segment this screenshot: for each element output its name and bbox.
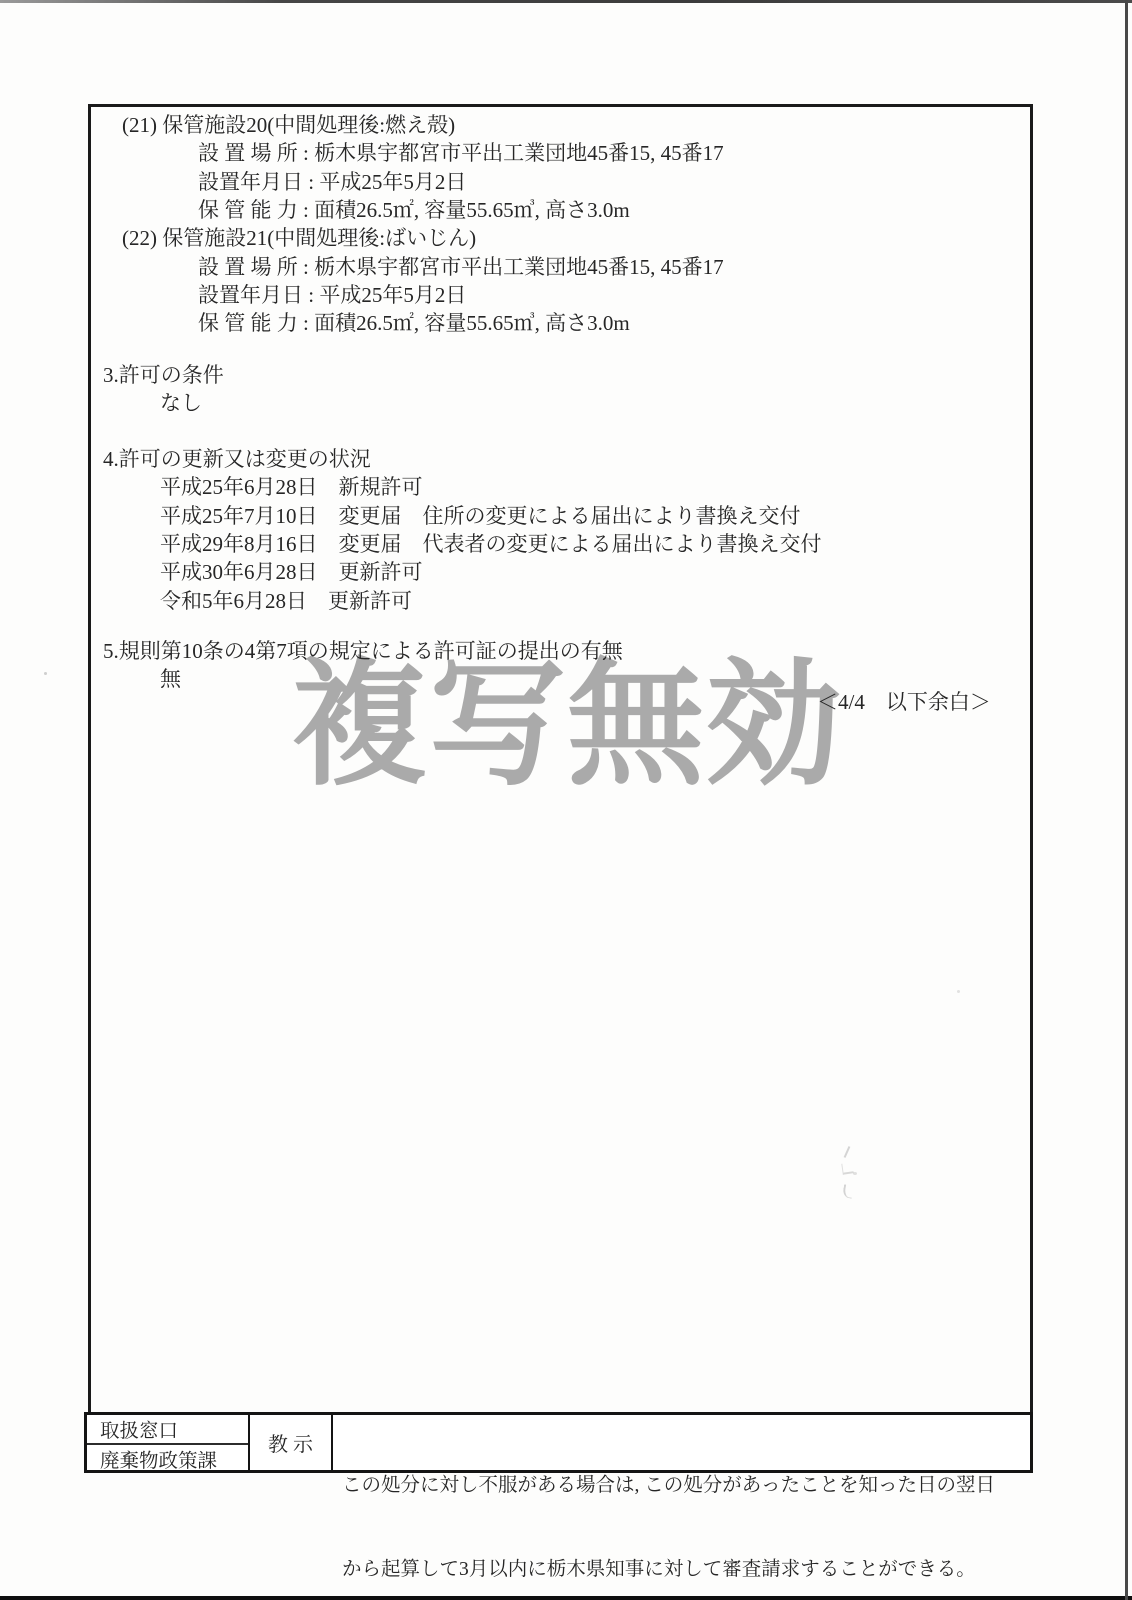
facility-22-location: 設 置 場 所 : 栃木県宇都宮市平出工業団地45番15, 45番17	[198, 253, 724, 281]
section-3-value: なし	[160, 389, 224, 417]
scan-pencil-mark	[853, 1172, 857, 1175]
page-number-note: ＜4/4 以下余白＞	[817, 686, 991, 716]
history-entry-1: 平成25年6月28日 新規許可	[160, 473, 822, 501]
footer-instruction-label: 教 示	[250, 1415, 333, 1470]
footer-instruction-text: この処分に対し不服がある場合は, この処分があったことを知った日の翌日 から起算…	[333, 1415, 1030, 1470]
facility-22-capacity: 保 管 能 力 : 面積26.5㎡, 容量55.65㎥, 高さ3.0m	[198, 309, 724, 337]
footer-instruction-line-1: この処分に対し不服がある場合は, この処分があったことを知った日の翌日	[342, 1472, 1030, 1500]
scan-speck	[44, 672, 47, 675]
facility-22-heading: (22) 保管施設21(中間処理後:ばいじん)	[122, 224, 724, 252]
history-entry-4: 平成30年6月28日 更新許可	[160, 558, 822, 586]
section-5-heading: 5.規則第10条の4第7項の規定による許可証の提出の有無	[103, 637, 623, 665]
history-entry-5: 令和5年6月28日 更新許可	[160, 587, 822, 615]
section-4-renewal-history: 4.許可の更新又は変更の状況 平成25年6月28日 新規許可 平成25年7月10…	[103, 445, 822, 615]
section-3-permit-conditions: 3.許可の条件 なし	[103, 361, 224, 418]
scan-edge-right	[1125, 0, 1128, 1600]
footer-department: 廃棄物政策課	[87, 1445, 248, 1473]
section-5-value: 無	[160, 665, 623, 693]
footer-office-column: 取扱窓口 廃棄物政策課	[87, 1415, 250, 1470]
section-3-heading: 3.許可の条件	[103, 361, 224, 389]
scan-speck	[957, 990, 960, 993]
footer-instruction-line-2: から起算して3月以内に栃木県知事に対して審査請求することができる。	[342, 1556, 1030, 1584]
footer-window-label: 取扱窓口	[87, 1415, 248, 1445]
history-entry-2: 平成25年7月10日 変更届 住所の変更による届出により書換え交付	[160, 502, 822, 530]
facility-list-block: (21) 保管施設20(中間処理後:燃え殻) 設 置 場 所 : 栃木県宇都宮市…	[122, 111, 724, 338]
facility-21-capacity: 保 管 能 力 : 面積26.5㎡, 容量55.65㎥, 高さ3.0m	[198, 196, 724, 224]
section-5-permit-submission: 5.規則第10条の4第7項の規定による許可証の提出の有無 無	[103, 637, 623, 694]
section-4-heading: 4.許可の更新又は変更の状況	[103, 445, 822, 473]
history-entry-3: 平成29年8月16日 変更届 代表者の変更による届出により書換え交付	[160, 530, 822, 558]
scan-edge-top	[0, 0, 1132, 3]
facility-21-heading: (21) 保管施設20(中間処理後:燃え殻)	[122, 111, 724, 139]
scan-pencil-mark	[841, 1162, 853, 1174]
facility-22-date: 設置年月日 : 平成25年5月2日	[198, 281, 724, 309]
facility-21-date: 設置年月日 : 平成25年5月2日	[198, 168, 724, 196]
facility-21-location: 設 置 場 所 : 栃木県宇都宮市平出工業団地45番15, 45番17	[198, 139, 724, 167]
footer-table: 取扱窓口 廃棄物政策課 教 示 この処分に対し不服がある場合は, この処分があっ…	[84, 1412, 1033, 1473]
